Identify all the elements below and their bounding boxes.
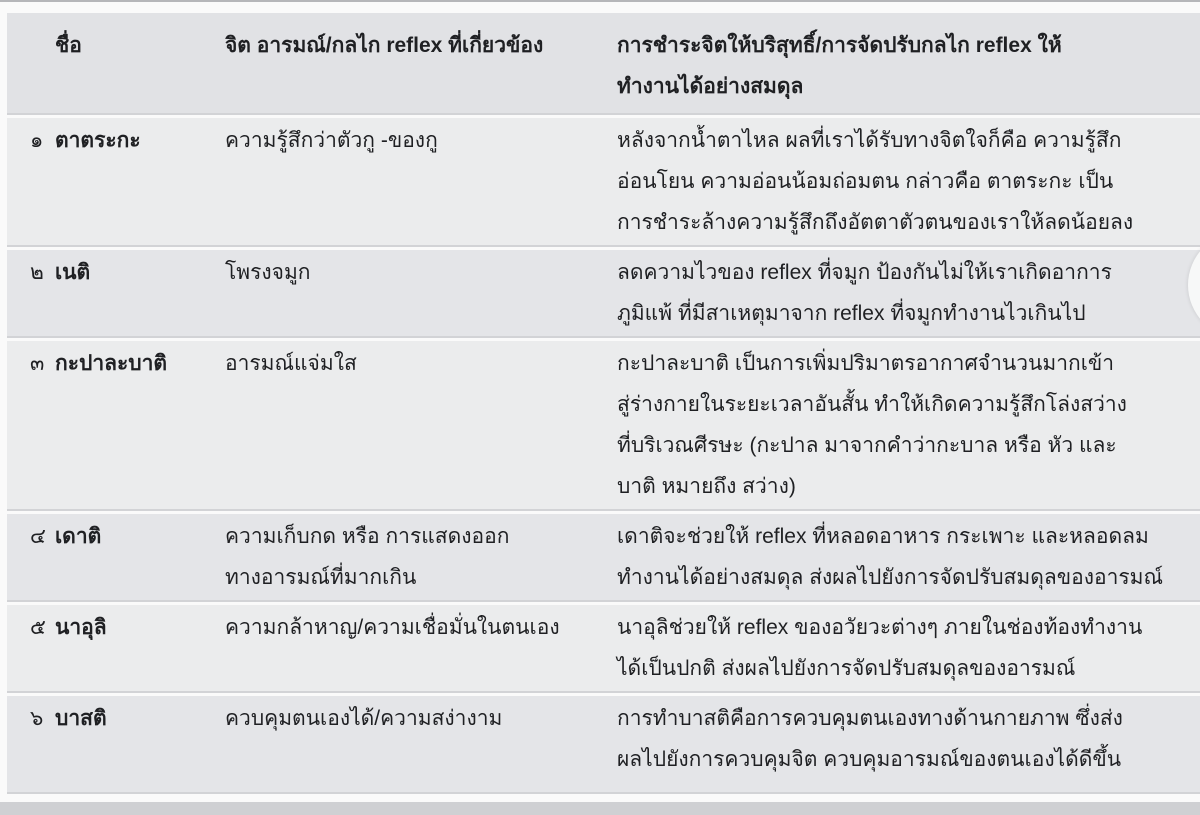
row-number: ๓ bbox=[7, 343, 55, 384]
row-number: ๕ bbox=[7, 607, 55, 648]
table-row: ๖ บาสติ ควบคุมตนเองได้/ความสง่างาม การทำ… bbox=[7, 696, 1200, 794]
header-name-column: ชื่อ bbox=[55, 25, 225, 66]
row-name: เนติ bbox=[55, 252, 225, 293]
row-number: ๖ bbox=[7, 698, 55, 739]
table-row: ๑ ตาตระกะ ความรู้สึกว่าตัวกู -ของกู หลัง… bbox=[7, 118, 1200, 247]
row-purification: การทำบาสติคือการควบคุมตนเองทางด้านกายภาพ… bbox=[617, 698, 1200, 780]
row-name: นาอุลิ bbox=[55, 607, 225, 648]
shatkarma-table: ชื่อ จิต อารมณ์/กลไก reflex ที่เกี่ยวข้อ… bbox=[7, 13, 1200, 797]
row-purification: หลังจากน้ำตาไหล ผลที่เราได้รับทางจิตใจก็… bbox=[617, 120, 1200, 243]
row-mechanism: ควบคุมตนเองได้/ความสง่างาม bbox=[225, 698, 617, 739]
row-purification: ลดความไวของ reflex ที่จมูก ป้องกันไม่ให้… bbox=[617, 252, 1200, 334]
row-name: ตาตระกะ bbox=[55, 120, 225, 161]
row-number: ๒ bbox=[7, 252, 55, 293]
row-purification: เดาติจะช่วยให้ reflex ที่หลอดอาหาร กระเพ… bbox=[617, 516, 1200, 598]
table-row: ๒ เนติ โพรงจมูก ลดความไวของ reflex ที่จม… bbox=[7, 250, 1200, 338]
row-purification: นาอุลิช่วยให้ reflex ของอวัยวะต่างๆ ภายใ… bbox=[617, 607, 1200, 689]
row-name: บาสติ bbox=[55, 698, 225, 739]
row-number: ๔ bbox=[7, 516, 55, 557]
row-mechanism: ความกล้าหาญ/ความเชื่อมั่นในตนเอง bbox=[225, 607, 617, 648]
header-mechanism-column: จิต อารมณ์/กลไก reflex ที่เกี่ยวข้อง bbox=[225, 25, 617, 66]
table-row: ๔ เดาติ ความเก็บกด หรือ การแสดงออก ทางอา… bbox=[7, 514, 1200, 602]
table-row: ๓ กะปาละบาติ อารมณ์แจ่มใส กะปาละบาติ เป็… bbox=[7, 341, 1200, 511]
row-mechanism: โพรงจมูก bbox=[225, 252, 617, 293]
row-mechanism: ความรู้สึกว่าตัวกู -ของกู bbox=[225, 120, 617, 161]
table-header-row: ชื่อ จิต อารมณ์/กลไก reflex ที่เกี่ยวข้อ… bbox=[7, 13, 1200, 115]
row-number: ๑ bbox=[7, 120, 55, 161]
row-purification: กะปาละบาติ เป็นการเพิ่มปริมาตรอากาศจำนวน… bbox=[617, 343, 1200, 507]
document-page: ชื่อ จิต อารมณ์/กลไก reflex ที่เกี่ยวข้อ… bbox=[0, 0, 1200, 815]
row-name: เดาติ bbox=[55, 516, 225, 557]
row-name: กะปาละบาติ bbox=[55, 343, 225, 384]
row-mechanism: อารมณ์แจ่มใส bbox=[225, 343, 617, 384]
row-mechanism: ความเก็บกด หรือ การแสดงออก ทางอารมณ์ที่ม… bbox=[225, 516, 617, 598]
header-purification-column: การชำระจิตให้บริสุทธิ์/การจัดปรับกลไก re… bbox=[617, 25, 1200, 107]
table-row: ๕ นาอุลิ ความกล้าหาญ/ความเชื่อมั่นในตนเอ… bbox=[7, 605, 1200, 693]
